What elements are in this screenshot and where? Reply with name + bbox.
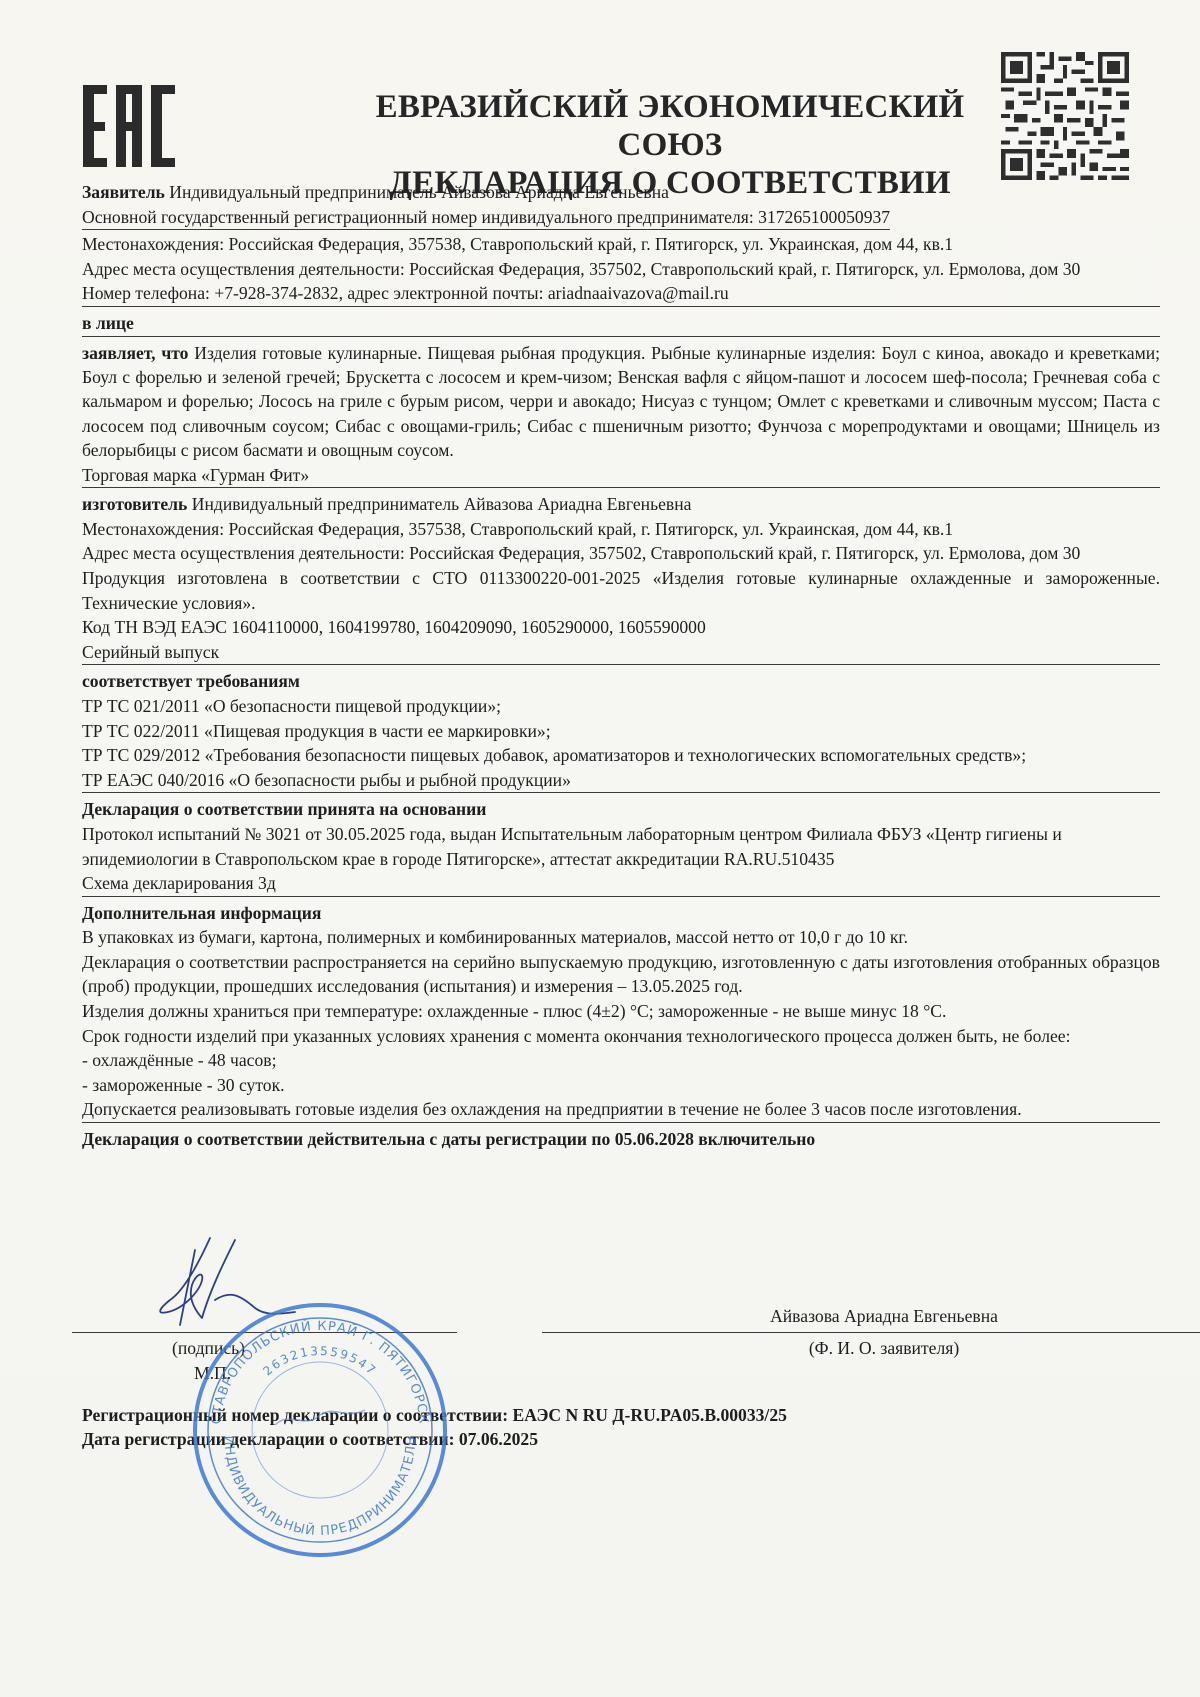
declaration-body: Заявитель Индивидуальный предприниматель… (82, 180, 1160, 1152)
in-person-section: в лице (82, 307, 1160, 337)
declares-label: заявляет, что (82, 343, 188, 363)
release-type: Серийный выпуск (82, 640, 1160, 665)
stamp-inn-text: 263213559547 (260, 1344, 379, 1379)
requirement-item: ТР ТС 021/2011 «О безопасности пищевой п… (82, 694, 1160, 719)
in-person-label: в лице (82, 313, 134, 333)
applicant-activity-address: Адрес места осуществления деятельности: … (82, 257, 1160, 282)
basis-label: Декларация о соответствии принята на осн… (82, 797, 1160, 822)
sale-note: Допускается реализовывать готовые издели… (82, 1097, 1160, 1122)
applicant-location: Местонахождения: Российская Федерация, 3… (82, 232, 1160, 257)
shelf-life-chilled: - охлаждённые - 48 часов; (82, 1048, 1160, 1073)
fio-caption: (Ф. И. О. заявителя) (684, 1338, 1084, 1359)
applicant-label: Заявитель (82, 182, 165, 202)
official-stamp-icon: СТАВРОПОЛЬСКИЙ КРАЙ Г. ПЯТИГОРСК 2632135… (180, 1290, 460, 1570)
packaging-info: В упаковках из бумаги, картона, полимерн… (82, 925, 1160, 950)
name-line (542, 1332, 1200, 1333)
hs-codes: Код ТН ВЭД ЕАЭС 1604110000, 1604199780, … (82, 615, 1160, 640)
product-list: Изделия готовые кулинарные. Пищевая рыбн… (82, 343, 1160, 461)
applicant-line: Заявитель Индивидуальный предприниматель… (82, 180, 1160, 205)
basis-section: Декларация о соответствии принята на осн… (82, 793, 1160, 896)
stamp-bottom-text: ИНДИВИДУАЛЬНЫЙ ПРЕДПРИНИМАТЕЛЬ (221, 1435, 419, 1539)
applicant-ogrnip: Основной государственный регистрационный… (82, 205, 890, 231)
validity-text: Декларация о соответствии действительна … (82, 1127, 1160, 1152)
manufacturer-name: Индивидуальный предприниматель Айвазова … (192, 494, 692, 514)
applicant-section: Заявитель Индивидуальный предприниматель… (82, 180, 1160, 230)
requirements-section: соответствует требованиям ТР ТС 021/2011… (82, 665, 1160, 793)
requirement-item: ТР ЕАЭС 040/2016 «О безопасности рыбы и … (82, 768, 1160, 793)
applicant-name: Индивидуальный предприниматель Айвазова … (169, 182, 669, 202)
scope-info: Декларация о соответствии распространяет… (82, 950, 1160, 999)
storage-info: Изделия должны храниться при температуре… (82, 999, 1160, 1024)
title-line-union: ЕВРАЗИЙСКИЙ ЭКОНОМИЧЕСКИЙ СОЮЗ (330, 88, 1010, 164)
eac-logo (83, 85, 178, 167)
declaration-scheme: Схема декларирования 3д (82, 871, 1160, 896)
requirements-label: соответствует требованиям (82, 669, 1160, 694)
eac-letter-a (116, 85, 142, 167)
shelf-life-frozen: - замороженные - 30 суток. (82, 1073, 1160, 1098)
applicant-fio: Айвазова Ариадна Евгеньевна (684, 1306, 1084, 1327)
applicant-address-section: Местонахождения: Российская Федерация, 3… (82, 230, 1160, 307)
qr-code-icon[interactable] (1000, 52, 1130, 180)
test-protocol: Протокол испытаний № 3021 от 30.05.2025 … (82, 822, 1160, 871)
additional-info-label: Дополнительная информация (82, 901, 1160, 926)
requirement-item: ТР ТС 022/2011 «Пищевая продукция в част… (82, 719, 1160, 744)
applicant-contacts: Номер телефона: +7-928-374-2832, адрес э… (82, 281, 1160, 306)
validity-section: Декларация о соответствии действительна … (82, 1123, 1160, 1152)
eac-letter-c (151, 85, 175, 167)
manufacturer-section: изготовитель Индивидуальный предпринимат… (82, 488, 1160, 665)
requirement-item: ТР ТС 029/2012 «Требования безопасности … (82, 743, 1160, 768)
declares-section: заявляет, что Изделия готовые кулинарные… (82, 337, 1160, 489)
declaration-page: ЕВРАЗИЙСКИЙ ЭКОНОМИЧЕСКИЙ СОЮЗ ДЕКЛАРАЦИ… (0, 0, 1200, 1697)
manufacturer-line: изготовитель Индивидуальный предпринимат… (82, 492, 1160, 517)
manufacturer-location: Местонахождения: Российская Федерация, 3… (82, 517, 1160, 542)
manufacturer-label: изготовитель (82, 494, 187, 514)
trademark: Торговая марка «Гурман Фит» (82, 463, 1160, 488)
additional-info-section: Дополнительная информация В упаковках из… (82, 897, 1160, 1123)
svg-text:ИНДИВИДУАЛЬНЫЙ ПРЕДПРИНИМАТЕЛЬ: ИНДИВИДУАЛЬНЫЙ ПРЕДПРИНИМАТЕЛЬ (221, 1435, 419, 1539)
eac-letter-e (83, 85, 107, 167)
manufacturer-standard: Продукция изготовлена в соответствии с С… (82, 566, 1160, 615)
svg-text:263213559547: 263213559547 (260, 1344, 379, 1379)
product-description: заявляет, что Изделия готовые кулинарные… (82, 341, 1160, 463)
manufacturer-activity-address: Адрес места осуществления деятельности: … (82, 541, 1160, 566)
shelf-life-info: Срок годности изделий при указанных усло… (82, 1024, 1160, 1049)
